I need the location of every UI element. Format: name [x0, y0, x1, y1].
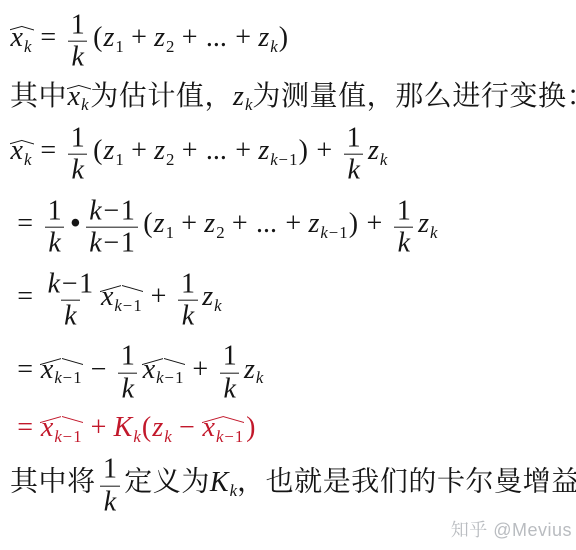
math-variable: zk — [368, 135, 387, 166]
math-variable: zk−1 — [258, 135, 297, 166]
math-letter: z — [258, 135, 269, 166]
variable-subscript: k — [380, 150, 387, 169]
math-letter: z — [204, 208, 215, 239]
fraction-numerator: 1 — [44, 195, 65, 226]
text-variable-definitions: 其中xk为估计值，zk为测量值，那么进行变换： — [10, 81, 574, 112]
math-letter: k — [216, 427, 223, 446]
minus-sign: − — [224, 427, 233, 446]
cjk-text: 为测量值，那么进行变换： — [252, 81, 576, 112]
variable-subscript: k — [81, 95, 88, 114]
math-variable: zk — [152, 412, 171, 443]
minus-sign: − — [123, 296, 132, 315]
fraction-denominator: k — [100, 485, 119, 517]
math-operator: = — [17, 412, 33, 443]
math-variable: z2 — [154, 135, 174, 166]
math-operator: + — [235, 22, 251, 53]
math-variable: Kk — [114, 412, 141, 443]
fraction-denominator: k — [178, 300, 197, 332]
math-letter: z — [418, 208, 429, 239]
fraction-denominator: k — [220, 372, 239, 404]
math-letter: x — [143, 354, 155, 385]
math-variable: z1 — [154, 208, 174, 239]
math-letter: K — [210, 467, 229, 498]
fraction-numerator: 1 — [67, 10, 88, 41]
math-operator: + — [192, 354, 208, 385]
math-variable: zk−1 — [308, 208, 347, 239]
math-symbol: ) — [246, 412, 255, 443]
math-letter: x — [68, 81, 80, 112]
math-letter: z — [152, 412, 163, 443]
math-letter: z — [244, 354, 255, 385]
formula-derivation-block: xk=1k(z1+z2+...+zk)其中xk为估计值，zk为测量值，那么进行变… — [10, 8, 574, 516]
variable-base: K — [210, 467, 229, 498]
math-letter: k — [71, 42, 83, 73]
math-letter: k — [24, 37, 31, 56]
math-letter: k — [54, 368, 61, 387]
math-fraction: 1k — [219, 341, 240, 405]
variable-subscript: 1 — [115, 150, 123, 169]
math-operator: + — [285, 208, 301, 239]
math-letter: x — [11, 22, 23, 53]
math-letter: k — [164, 427, 171, 446]
cjk-text: 其中将 — [10, 467, 96, 498]
math-symbol: ... — [256, 208, 277, 239]
variable-base: x — [101, 281, 113, 312]
hat-variable: xk−1 — [202, 412, 245, 443]
fraction-numerator: 1 — [67, 123, 88, 154]
minus-sign: − — [329, 223, 338, 242]
variable-base: z — [258, 22, 269, 53]
variable-subscript: k−1 — [54, 427, 81, 446]
math-variable: zk — [233, 81, 252, 112]
multiplication-dot-icon: • — [71, 208, 81, 239]
math-fraction: 1k — [178, 268, 199, 332]
math-variable: z2 — [154, 22, 174, 53]
math-variable: z1 — [104, 22, 124, 53]
hat-variable: xk−1 — [100, 281, 143, 312]
math-variable: Kk — [210, 467, 237, 498]
math-letter: k — [54, 427, 61, 446]
math-fraction: 1k — [67, 10, 88, 74]
math-letter: k — [256, 368, 263, 387]
variable-base: z — [154, 208, 165, 239]
fraction-numerator: k−1 — [44, 268, 96, 299]
minus-sign: − — [63, 368, 72, 387]
math-operator: + — [232, 208, 248, 239]
math-letter: z — [154, 208, 165, 239]
math-letter: z — [154, 135, 165, 166]
math-letter: z — [258, 22, 269, 53]
math-symbol: ( — [143, 208, 152, 239]
math-letter: k — [48, 228, 60, 259]
math-letter: k — [48, 268, 60, 299]
math-symbol: ) — [349, 208, 358, 239]
math-variable: z2 — [204, 208, 224, 239]
hat-variable: xk — [67, 81, 90, 112]
math-letter: k — [245, 95, 252, 114]
formula-multiply-identity: =1k•k−1k−1(z1+z2+...+zk−1)+1kzk — [10, 194, 574, 258]
fraction-numerator: 1 — [343, 123, 364, 154]
cjk-text: ，也就是我们的卡尔曼增益 — [237, 467, 576, 498]
fraction-denominator: k — [394, 227, 413, 259]
math-letter: x — [101, 281, 113, 312]
math-operator: = — [17, 354, 33, 385]
math-operator: + — [131, 22, 147, 53]
variable-base: z — [154, 22, 165, 53]
variable-base: x — [11, 22, 23, 53]
math-symbol: ( — [93, 135, 102, 166]
math-letter: z — [368, 135, 379, 166]
math-letter: z — [104, 22, 115, 53]
variable-subscript: k — [430, 223, 437, 242]
math-variable: zk — [258, 22, 277, 53]
cjk-text: 其中 — [10, 81, 67, 112]
math-letter: k — [320, 223, 327, 242]
fraction-denominator: k — [68, 41, 87, 73]
variable-subscript: k — [24, 150, 31, 169]
math-operator: + — [181, 208, 197, 239]
variable-base: x — [41, 412, 53, 443]
math-symbol: ( — [93, 22, 102, 53]
math-operator: + — [367, 208, 383, 239]
fraction-numerator: 1 — [219, 341, 240, 372]
cjk-text: 为估计值， — [90, 81, 233, 112]
math-fraction: k−1k — [44, 268, 96, 332]
variable-subscript: 2 — [166, 37, 174, 56]
zhihu-watermark: 知乎 @Mevius — [451, 516, 572, 542]
math-fraction: 1k — [118, 341, 139, 405]
fraction-denominator: k — [118, 372, 137, 404]
math-letter: k — [114, 296, 121, 315]
variable-base: x — [143, 354, 155, 385]
variable-base: x — [11, 135, 23, 166]
math-operator: + — [151, 281, 167, 312]
math-fraction: 1k — [67, 123, 88, 187]
math-fraction: 1k — [100, 454, 121, 518]
text-gain-definition: 其中将1k定义为Kk，也就是我们的卡尔曼增益 — [10, 452, 574, 516]
fraction-numerator: 1 — [118, 341, 139, 372]
math-operator: + — [182, 135, 198, 166]
fraction-numerator: 1 — [100, 454, 121, 485]
fraction-denominator: k — [344, 154, 363, 186]
formula-split-last-term: xk=1k(z1+z2+...+zk−1)+1kzk — [10, 121, 574, 185]
variable-base: z — [308, 208, 319, 239]
minus-sign: − — [103, 195, 119, 226]
variable-base: z — [152, 412, 163, 443]
math-letter: z — [233, 81, 244, 112]
math-letter: k — [133, 427, 140, 446]
math-letter: z — [104, 135, 115, 166]
variable-subscript: k — [133, 427, 140, 446]
math-letter: z — [202, 281, 213, 312]
variable-base: K — [114, 412, 133, 443]
math-letter: k — [156, 368, 163, 387]
math-letter: k — [270, 37, 277, 56]
variable-base: z — [204, 208, 215, 239]
fraction-denominator: k−1 — [86, 227, 138, 259]
math-operator: + — [235, 135, 251, 166]
math-operator: − — [91, 354, 107, 385]
math-letter: k — [81, 95, 88, 114]
variable-subscript: k — [230, 481, 237, 500]
math-operator: + — [316, 135, 332, 166]
math-fraction: k−1k−1 — [86, 195, 138, 259]
math-symbol: ... — [206, 135, 227, 166]
variable-subscript: k−1 — [320, 223, 347, 242]
variable-base: z — [368, 135, 379, 166]
math-operator: + — [182, 22, 198, 53]
fraction-denominator: k — [45, 227, 64, 259]
variable-base: x — [41, 354, 53, 385]
math-letter: x — [203, 412, 215, 443]
math-letter: K — [114, 412, 133, 443]
math-symbol: ( — [142, 412, 151, 443]
math-operator: + — [91, 412, 107, 443]
variable-base: z — [244, 354, 255, 385]
minus-sign: − — [63, 427, 72, 446]
minus-sign: − — [165, 368, 174, 387]
variable-subscript: k — [214, 296, 221, 315]
variable-subscript: k−1 — [216, 427, 243, 446]
variable-subscript: k−1 — [54, 368, 81, 387]
math-letter: k — [71, 155, 83, 186]
variable-subscript: k — [245, 95, 252, 114]
hat-variable: xk — [10, 135, 33, 166]
math-symbol: ) — [279, 22, 288, 53]
hat-variable: xk−1 — [40, 412, 83, 443]
variable-base: z — [418, 208, 429, 239]
math-fraction: 1k — [343, 123, 364, 187]
math-letter: z — [308, 208, 319, 239]
variable-subscript: k — [270, 37, 277, 56]
variable-base: x — [68, 81, 80, 112]
math-operator: = — [40, 135, 56, 166]
formula-expanded-form: =xk−1−1kxk−1+1kzk — [10, 339, 574, 403]
minus-sign: − — [103, 228, 119, 259]
math-operator: = — [40, 22, 56, 53]
math-letter: k — [230, 481, 237, 500]
hat-variable: xk — [10, 22, 33, 53]
math-operator: = — [17, 208, 33, 239]
fraction-denominator: k — [68, 154, 87, 186]
formula-recursive-form: =k−1kxk−1+1kzk — [10, 267, 574, 331]
math-letter: x — [41, 354, 53, 385]
math-letter: k — [347, 155, 359, 186]
variable-subscript: 2 — [166, 150, 174, 169]
formula-average-all: xk=1k(z1+z2+...+zk) — [10, 8, 574, 72]
variable-base: z — [233, 81, 244, 112]
variable-subscript: k — [164, 427, 171, 446]
math-variable: z1 — [104, 135, 124, 166]
math-letter: k — [89, 228, 101, 259]
math-letter: k — [182, 301, 194, 332]
math-letter: k — [270, 150, 277, 169]
variable-subscript: k — [24, 37, 31, 56]
variable-base: z — [154, 135, 165, 166]
minus-sign: − — [62, 268, 78, 299]
math-letter: k — [64, 301, 76, 332]
math-variable: zk — [418, 208, 437, 239]
formula-kalman-gain-form: =xk−1+Kk(zk−xk−1) — [10, 412, 574, 443]
variable-subscript: 2 — [216, 223, 224, 242]
minus-sign: − — [279, 150, 288, 169]
variable-subscript: 1 — [115, 37, 123, 56]
math-fraction: 1k — [393, 195, 414, 259]
math-letter: k — [398, 228, 410, 259]
math-operator: = — [17, 281, 33, 312]
document: xk=1k(z1+z2+...+zk)其中xk为估计值，zk为测量值，那么进行变… — [0, 0, 576, 550]
math-letter: k — [430, 223, 437, 242]
cjk-text: 定义为 — [124, 467, 210, 498]
math-letter: k — [24, 150, 31, 169]
variable-subscript: k−1 — [156, 368, 183, 387]
fraction-numerator: k−1 — [86, 195, 138, 226]
variable-base: x — [203, 412, 215, 443]
hat-variable: xk−1 — [142, 354, 185, 385]
math-letter: x — [11, 135, 23, 166]
variable-base: z — [104, 22, 115, 53]
math-symbol: ... — [206, 22, 227, 53]
math-letter: x — [41, 412, 53, 443]
math-letter: k — [380, 150, 387, 169]
math-letter: k — [122, 373, 134, 404]
math-letter: k — [104, 486, 116, 517]
variable-subscript: k−1 — [270, 150, 297, 169]
variable-subscript: k — [256, 368, 263, 387]
math-operator: − — [179, 412, 195, 443]
fraction-denominator: k — [61, 300, 80, 332]
fraction-numerator: 1 — [393, 195, 414, 226]
math-variable: zk — [202, 281, 221, 312]
math-symbol: ) — [299, 135, 308, 166]
variable-subscript: 1 — [166, 223, 174, 242]
variable-base: z — [202, 281, 213, 312]
math-variable: zk — [244, 354, 263, 385]
math-letter: z — [154, 22, 165, 53]
math-letter: k — [89, 195, 101, 226]
math-letter: k — [214, 296, 221, 315]
math-letter: k — [224, 373, 236, 404]
variable-base: z — [104, 135, 115, 166]
variable-base: z — [258, 135, 269, 166]
hat-variable: xk−1 — [40, 354, 83, 385]
math-fraction: 1k — [44, 195, 65, 259]
fraction-numerator: 1 — [178, 268, 199, 299]
math-operator: + — [131, 135, 147, 166]
variable-subscript: k−1 — [114, 296, 141, 315]
